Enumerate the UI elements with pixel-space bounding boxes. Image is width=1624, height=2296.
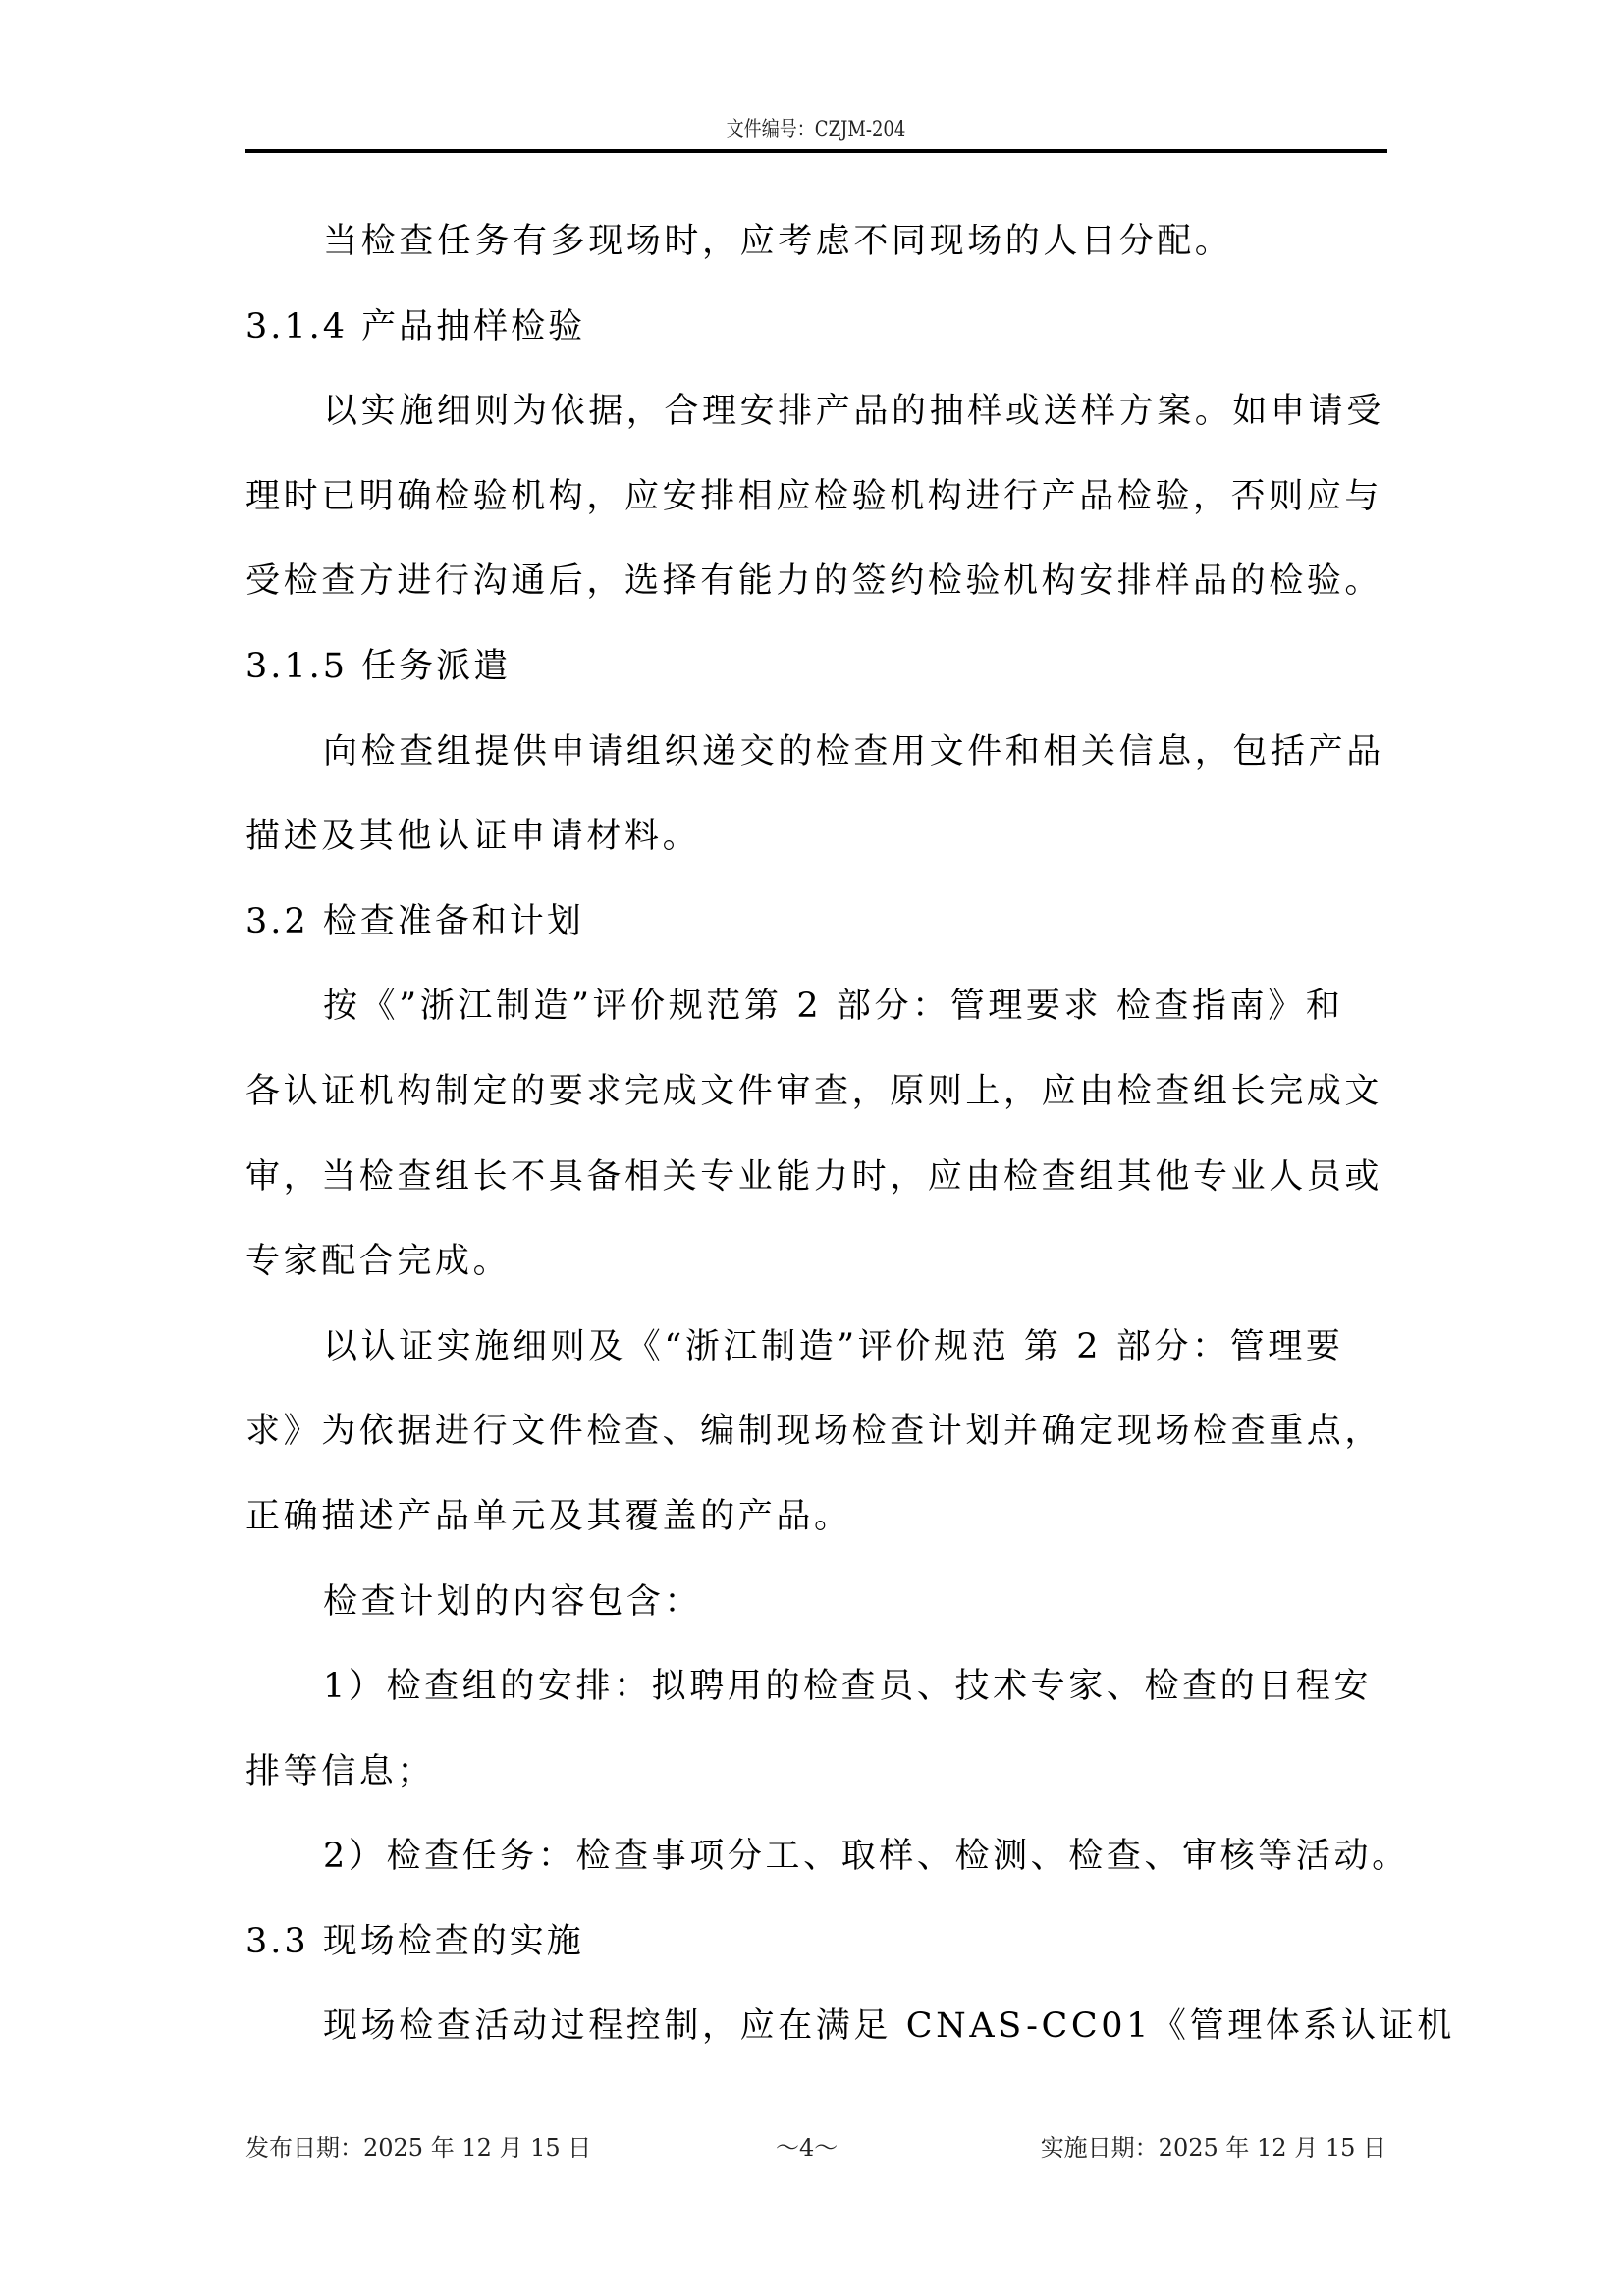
paragraph-line: 现场检查活动过程控制，应在满足 CNAS-CC01《管理体系认证机 — [245, 1997, 1386, 2082]
paragraph-line: 各认证机构制定的要求完成文件审查，原则上，应由检查组长完成文 — [245, 1062, 1386, 1148]
publish-date: 发布日期：2025 年 12 月 15 日 — [245, 2128, 591, 2163]
paragraph-line: 以实施细则为依据，合理安排产品的抽样或送样方案。如申请受 — [245, 382, 1386, 467]
paragraph-line: 受检查方进行沟通后，选择有能力的签约检验机构安排样品的检验。 — [245, 552, 1386, 637]
paragraph-line: 描述及其他认证申请材料。 — [245, 807, 1386, 892]
section-heading-3-1-4: 3.1.4 产品抽样检验 — [245, 297, 1386, 383]
document-body: 当检查任务有多现场时，应考虑不同现场的人日分配。 3.1.4 产品抽样检验 以实… — [245, 212, 1386, 2082]
page-footer: 发布日期：2025 年 12 月 15 日 ～4～ 实施日期：2025 年 12… — [245, 2128, 1386, 2162]
paragraph-line: 审，当检查组长不具备相关专业能力时，应由检查组其他专业人员或 — [245, 1148, 1386, 1233]
paragraph-line: 向检查组提供申请组织递交的检查用文件和相关信息，包括产品 — [245, 722, 1386, 808]
effective-date: 实施日期：2025 年 12 月 15 日 — [1041, 2128, 1386, 2163]
paragraph-line: 求》为依据进行文件检查、编制现场检查计划并确定现场检查重点， — [245, 1402, 1386, 1487]
paragraph-line: 按《”浙江制造”评价规范第 2 部分：管理要求 检查指南》和 — [245, 977, 1386, 1062]
paragraph-line: 当检查任务有多现场时，应考虑不同现场的人日分配。 — [245, 212, 1386, 297]
paragraph-line: 检查计划的内容包含： — [245, 1573, 1386, 1658]
paragraph-line: 正确描述产品单元及其覆盖的产品。 — [245, 1487, 1386, 1573]
list-item-line: 排等信息； — [245, 1742, 1386, 1828]
section-heading-3-2: 3.2 检查准备和计划 — [245, 892, 1386, 978]
list-item-line: 1）检查组的安排：拟聘用的检查员、技术专家、检查的日程安 — [245, 1657, 1386, 1742]
paragraph-line: 以认证实施细则及《“浙江制造”评价规范 第 2 部分：管理要 — [245, 1317, 1386, 1403]
paragraph-line: 理时已明确检验机构，应安排相应检验机构进行产品检验，否则应与 — [245, 467, 1386, 553]
section-heading-3-1-5: 3.1.5 任务派遣 — [245, 637, 1386, 722]
list-item-line: 2）检查任务：检查事项分工、取样、检测、检查、审核等活动。 — [245, 1827, 1386, 1912]
document-number: 文件编号：CZJM-204 — [349, 116, 1284, 145]
section-heading-3-3: 3.3 现场检查的实施 — [245, 1912, 1386, 1998]
page-number: ～4～ — [776, 2128, 838, 2163]
document-page: 文件编号：CZJM-204 当检查任务有多现场时，应考虑不同现场的人日分配。 3… — [0, 0, 1624, 2296]
paragraph-line: 专家配合完成。 — [245, 1232, 1386, 1317]
header-divider — [245, 149, 1387, 153]
